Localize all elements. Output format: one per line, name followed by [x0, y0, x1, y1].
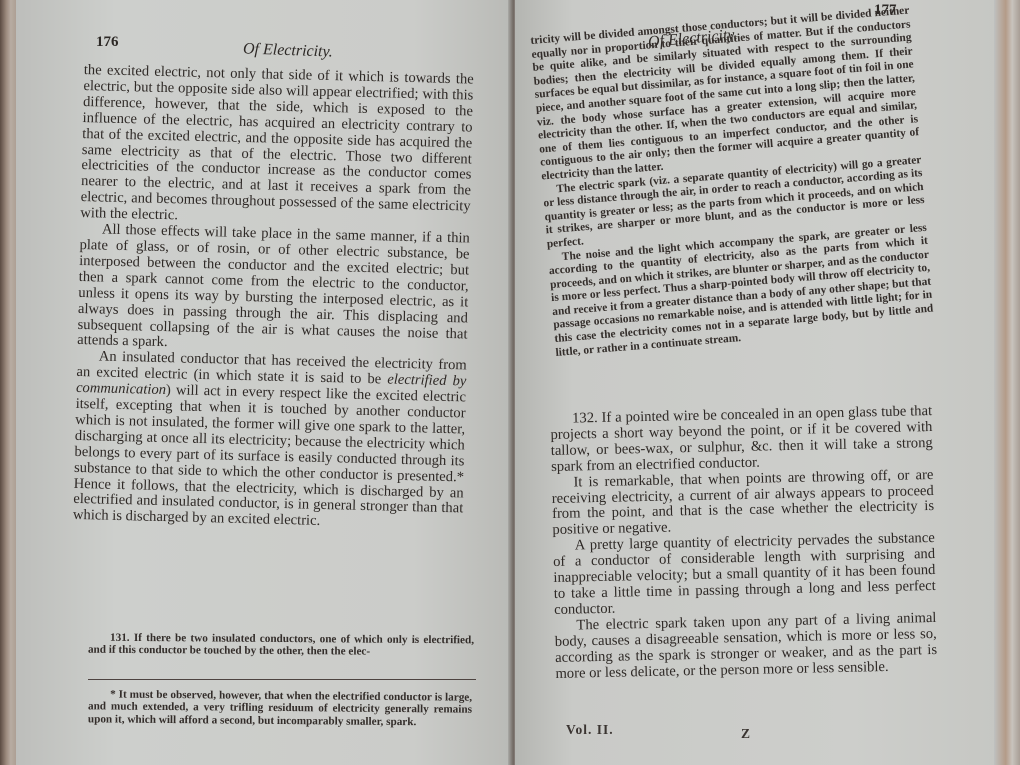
book-edge-right [994, 0, 1020, 765]
signature-mark: Z [741, 726, 751, 742]
open-book: 176 Of Electricity. the excited electric… [0, 0, 1020, 765]
paragraph: A pretty large quantity of electricity p… [553, 531, 937, 619]
left-body-text: the excited electric, not only that side… [73, 63, 474, 534]
paragraph: The electric spark taken upon any part o… [554, 611, 937, 683]
footnote-text: * It must be observed, however, that whe… [88, 688, 472, 729]
text-run: ) will act in every respect like the exc… [73, 382, 466, 529]
footnote: * It must be observed, however, that whe… [88, 688, 472, 729]
section-131-text: 131. If there be two insulated conductor… [88, 632, 474, 660]
left-running-head: Of Electricity. [243, 40, 333, 61]
paragraph: 132. If a pointed wire be concealed in a… [550, 404, 933, 476]
volume-signature: Vol. II. [566, 722, 614, 738]
footnote-rule [88, 679, 476, 680]
paragraph: All those effects will take place in the… [77, 222, 470, 359]
paragraph: It is remarkable, that when points are t… [551, 468, 934, 540]
left-page-number: 176 [96, 34, 119, 51]
paragraph: 131. If there be two insulated conductor… [88, 632, 474, 660]
right-small-text: tricity will be divided amongst those co… [530, 5, 935, 361]
right-body-text: 132. If a pointed wire be concealed in a… [550, 404, 938, 682]
paragraph: tricity will be divided amongst those co… [530, 5, 921, 185]
paragraph: An insulated conductor that has received… [73, 349, 467, 533]
paragraph: the excited electric, not only that side… [80, 63, 474, 232]
